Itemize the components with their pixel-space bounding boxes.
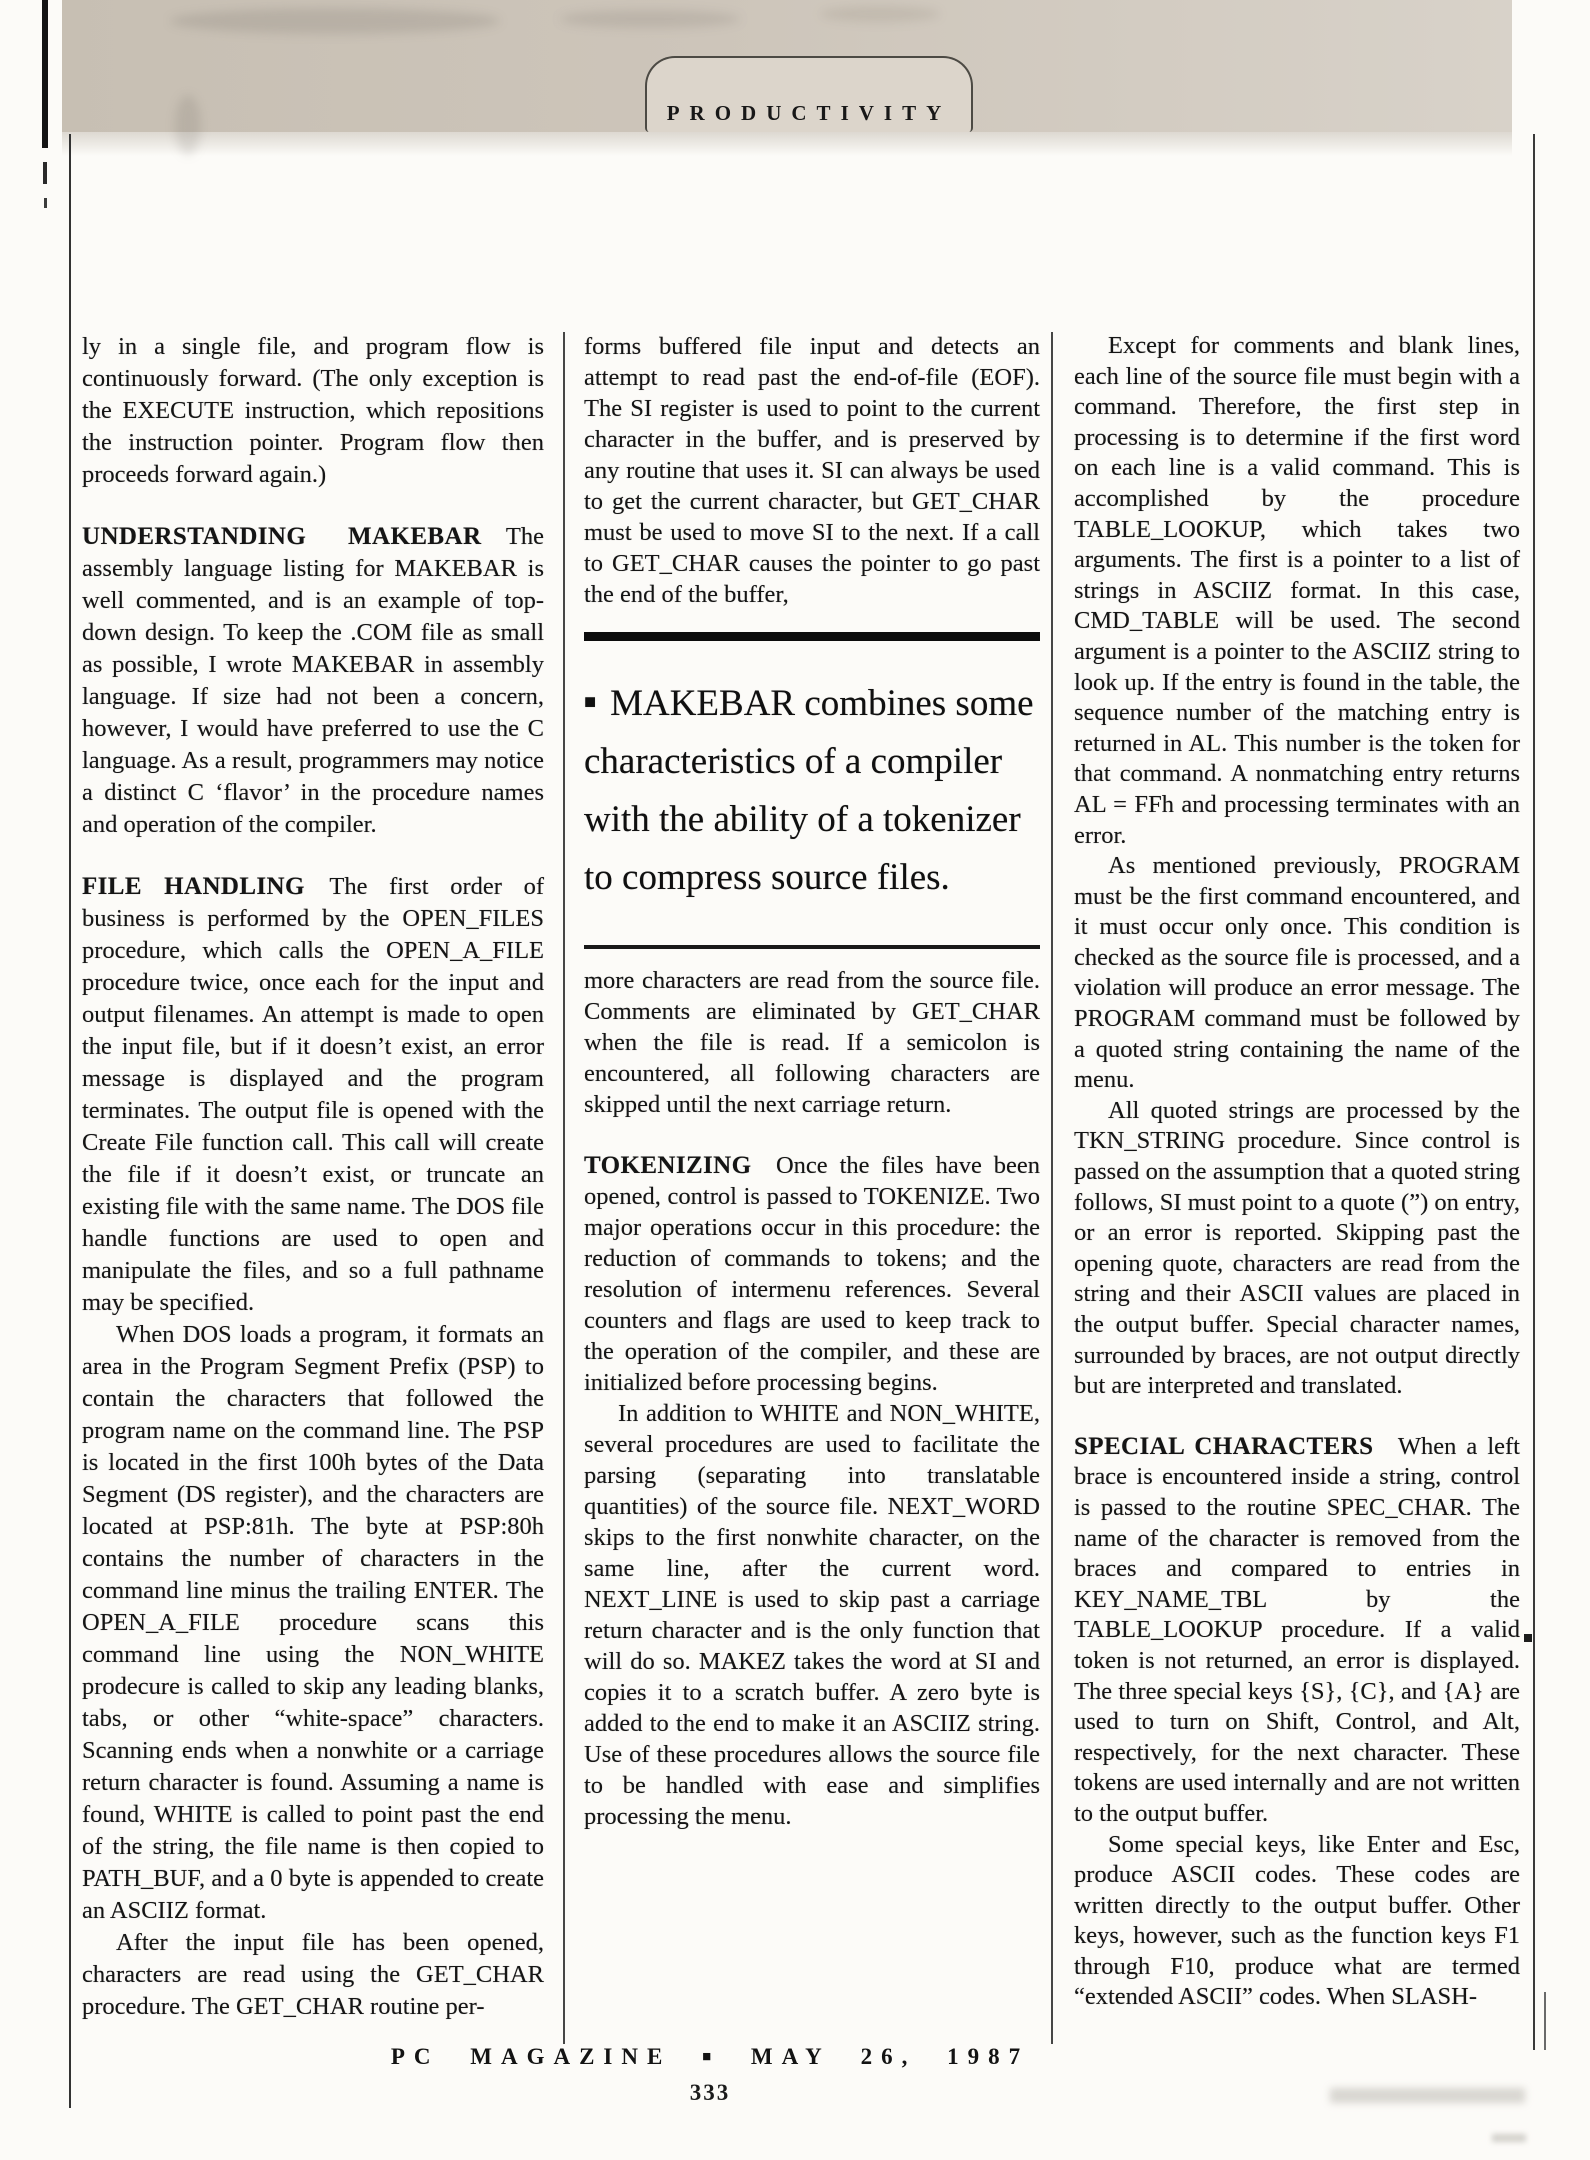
left-text-block-rule bbox=[69, 134, 71, 2108]
paragraph: forms buffered file input and detects an… bbox=[584, 331, 1040, 610]
column-divider-1 bbox=[563, 332, 565, 2044]
pull-quote-top-rule bbox=[584, 632, 1040, 641]
margin-artifact bbox=[1524, 1634, 1532, 1642]
pull-quote-bottom-rule bbox=[584, 945, 1040, 949]
square-bullet-icon: ■ bbox=[584, 691, 596, 713]
paragraph: ly in a single file, and program flow is… bbox=[82, 331, 544, 491]
left-edge-dash bbox=[43, 162, 47, 184]
paragraph: Except for comments and blank lines, eac… bbox=[1074, 331, 1520, 851]
column-divider-2 bbox=[1051, 332, 1053, 2044]
magazine-page: PRODUCTIVITY ly in a single file, and pr… bbox=[0, 0, 1590, 2160]
column-2: forms buffered file input and detects an… bbox=[584, 331, 1040, 1832]
scan-smudge bbox=[175, 95, 201, 155]
right-page-edge-rule-2 bbox=[1544, 1992, 1546, 2050]
top-band-shadow bbox=[62, 132, 1512, 156]
section-paragraph: TOKENIZING Once the files have been open… bbox=[584, 1150, 1040, 1398]
scan-smudge bbox=[820, 6, 940, 22]
section-paragraph: UNDERSTANDING MAKEBAR The assembly langu… bbox=[82, 521, 544, 841]
scan-smudge bbox=[170, 8, 500, 34]
column-1: ly in a single file, and program flow is… bbox=[82, 331, 544, 2023]
scan-smudge bbox=[1330, 2088, 1525, 2103]
scan-smudge bbox=[1492, 2134, 1526, 2142]
page-footer: PC MAGAZINE ■ MAY 26, 1987 bbox=[0, 2044, 1420, 2070]
pull-quote-text: ■MAKEBAR combines some characteristics o… bbox=[584, 673, 1040, 907]
paragraph: When DOS loads a program, it formats an … bbox=[82, 1319, 544, 1927]
section-paragraph: SPECIAL CHARACTERS When a left brace is … bbox=[1074, 1432, 1520, 1830]
section-heading: TOKENIZING bbox=[584, 1152, 751, 1179]
footer-date: MAY 26, 1987 bbox=[751, 2044, 1029, 2069]
left-edge-mark bbox=[42, 0, 48, 148]
column-3: Except for comments and blank lines, eac… bbox=[1074, 331, 1520, 2013]
paragraph: After the input file has been opened, ch… bbox=[82, 1927, 544, 2023]
section-tab: PRODUCTIVITY bbox=[645, 56, 973, 132]
section-heading: FILE HANDLING bbox=[82, 873, 305, 900]
paragraph: In addition to WHITE and NON_WHITE, seve… bbox=[584, 1398, 1040, 1832]
scan-smudge bbox=[560, 10, 740, 28]
paragraph: All quoted strings are processed by the … bbox=[1074, 1096, 1520, 1402]
section-tab-label: PRODUCTIVITY bbox=[667, 101, 952, 126]
page-number: 333 bbox=[0, 2080, 1420, 2106]
paragraph: As mentioned previously, PROGRAM must be… bbox=[1074, 851, 1520, 1096]
section-heading: SPECIAL CHARACTERS bbox=[1074, 1433, 1373, 1460]
paragraph: Some special keys, like Enter and Esc, p… bbox=[1074, 1830, 1520, 2014]
section-paragraph: FILE HANDLING The first order of busines… bbox=[82, 871, 544, 1319]
section-heading: UNDERSTANDING MAKEBAR bbox=[82, 523, 481, 550]
pull-quote: ■MAKEBAR combines some characteristics o… bbox=[584, 632, 1040, 949]
right-page-edge-rule bbox=[1533, 134, 1535, 2050]
left-edge-dash bbox=[44, 198, 47, 208]
footer-magazine: PC MAGAZINE bbox=[391, 2044, 671, 2069]
paragraph: more characters are read from the source… bbox=[584, 965, 1040, 1120]
footer-square-icon: ■ bbox=[702, 2049, 720, 2065]
